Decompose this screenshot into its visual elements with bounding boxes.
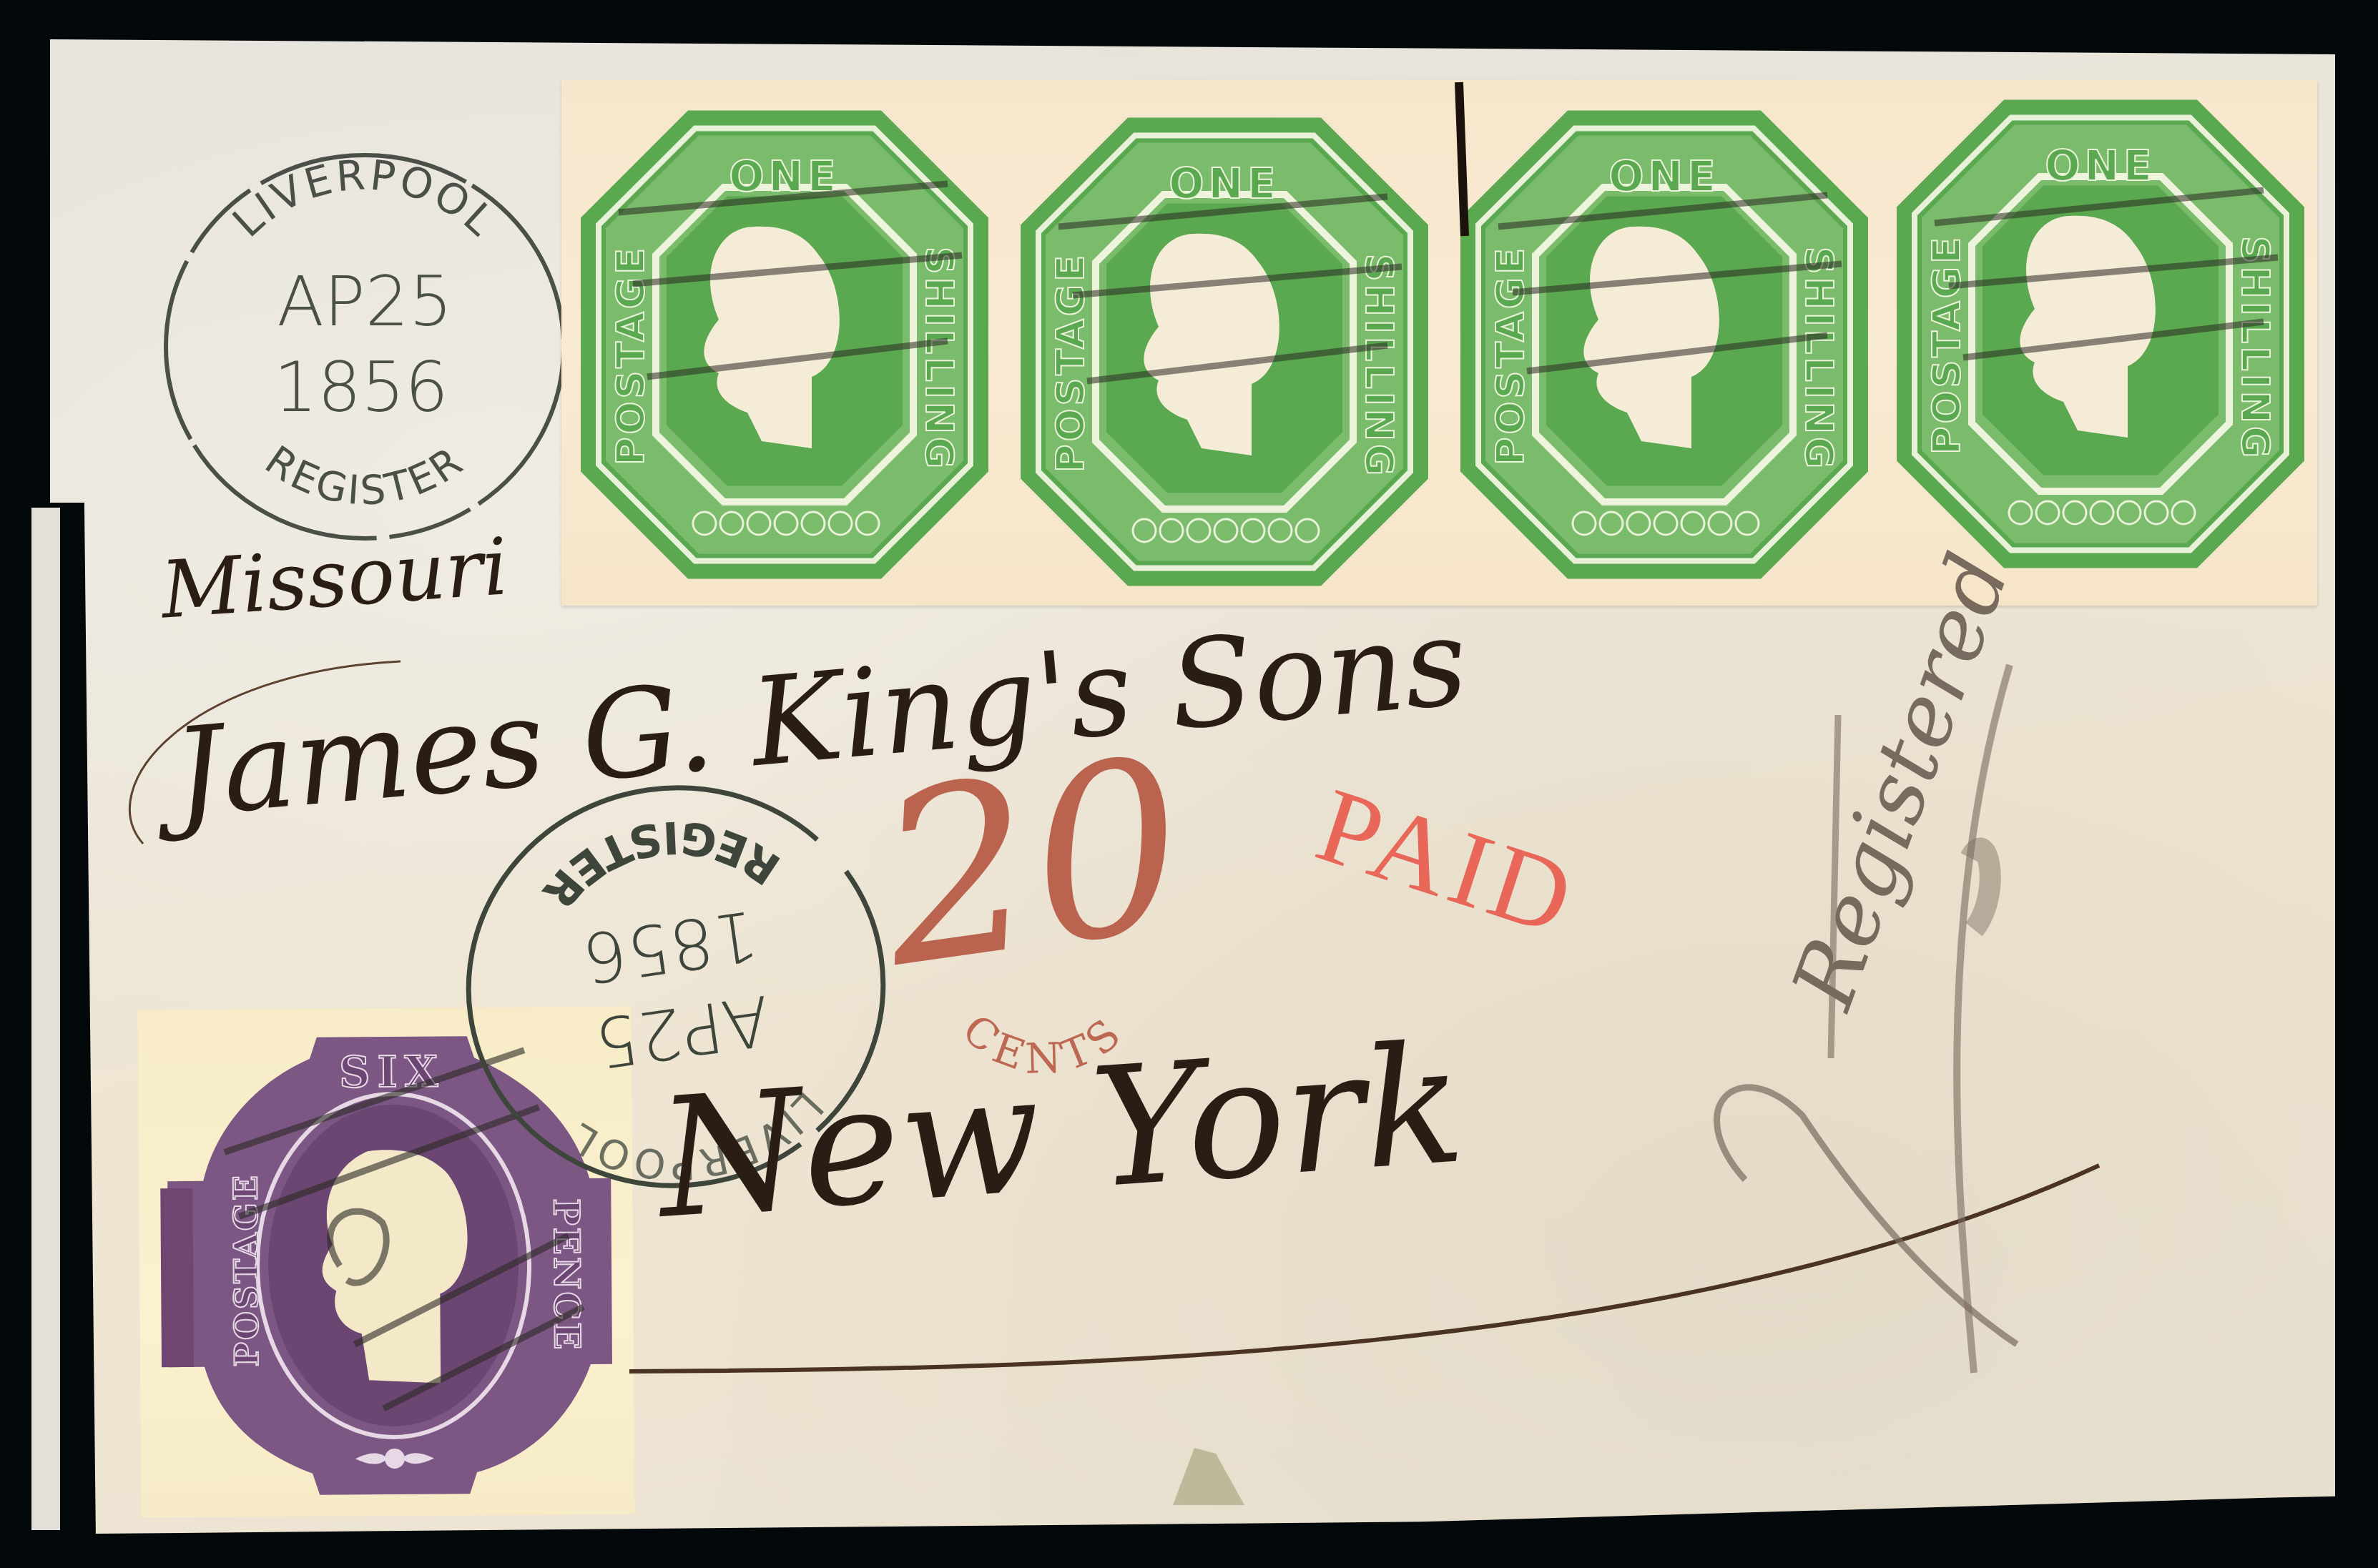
- svg-text:PENCE: PENCE: [545, 1198, 588, 1352]
- svg-text:SIX: SIX: [339, 1047, 445, 1098]
- svg-text:SHILLING: SHILLING: [2233, 236, 2278, 461]
- liverpool-postmark-top: LIVERPOOL REGISTER AP25 1856: [154, 132, 576, 554]
- svg-text:POSTAGE: POSTAGE: [1488, 245, 1533, 465]
- svg-text:SHILLING: SHILLING: [1797, 247, 1842, 472]
- stamp-one-shilling-2: ONE POSTAGE SHILLING: [1016, 112, 1434, 591]
- svg-text:1856: 1856: [578, 894, 762, 998]
- stamp-one-shilling-1: ONE POSTAGE SHILLING: [576, 105, 994, 584]
- stamp-one-shilling-3: ONE POSTAGE SHILLING: [1455, 105, 1874, 584]
- pm1-top-text: LIVERPOOL: [223, 150, 506, 247]
- svg-text:1856: 1856: [274, 347, 448, 428]
- svg-text:ONE: ONE: [2045, 142, 2156, 190]
- svg-text:SHILLING: SHILLING: [1357, 254, 1402, 479]
- svg-text:ONE: ONE: [1608, 152, 1719, 201]
- stamp-strip-green: ONE POSTAGE SHILLING ONE POSTAGE: [561, 80, 2317, 606]
- svg-text:ONE: ONE: [1169, 159, 1279, 208]
- svg-text:REGISTER: REGISTER: [257, 437, 473, 514]
- svg-text:POSTAGE: POSTAGE: [1924, 235, 1969, 455]
- envelope-left-flap: [31, 508, 60, 1530]
- svg-text:POSTAGE: POSTAGE: [1048, 252, 1093, 473]
- svg-text:POSTAGE: POSTAGE: [608, 245, 653, 465]
- stamp-one-shilling-4: ONE POSTAGE SHILLING: [1892, 94, 2310, 573]
- svg-text:SHILLING: SHILLING: [917, 247, 962, 472]
- svg-text:POSTAGE: POSTAGE: [226, 1173, 266, 1367]
- svg-text:AP25: AP25: [277, 262, 453, 342]
